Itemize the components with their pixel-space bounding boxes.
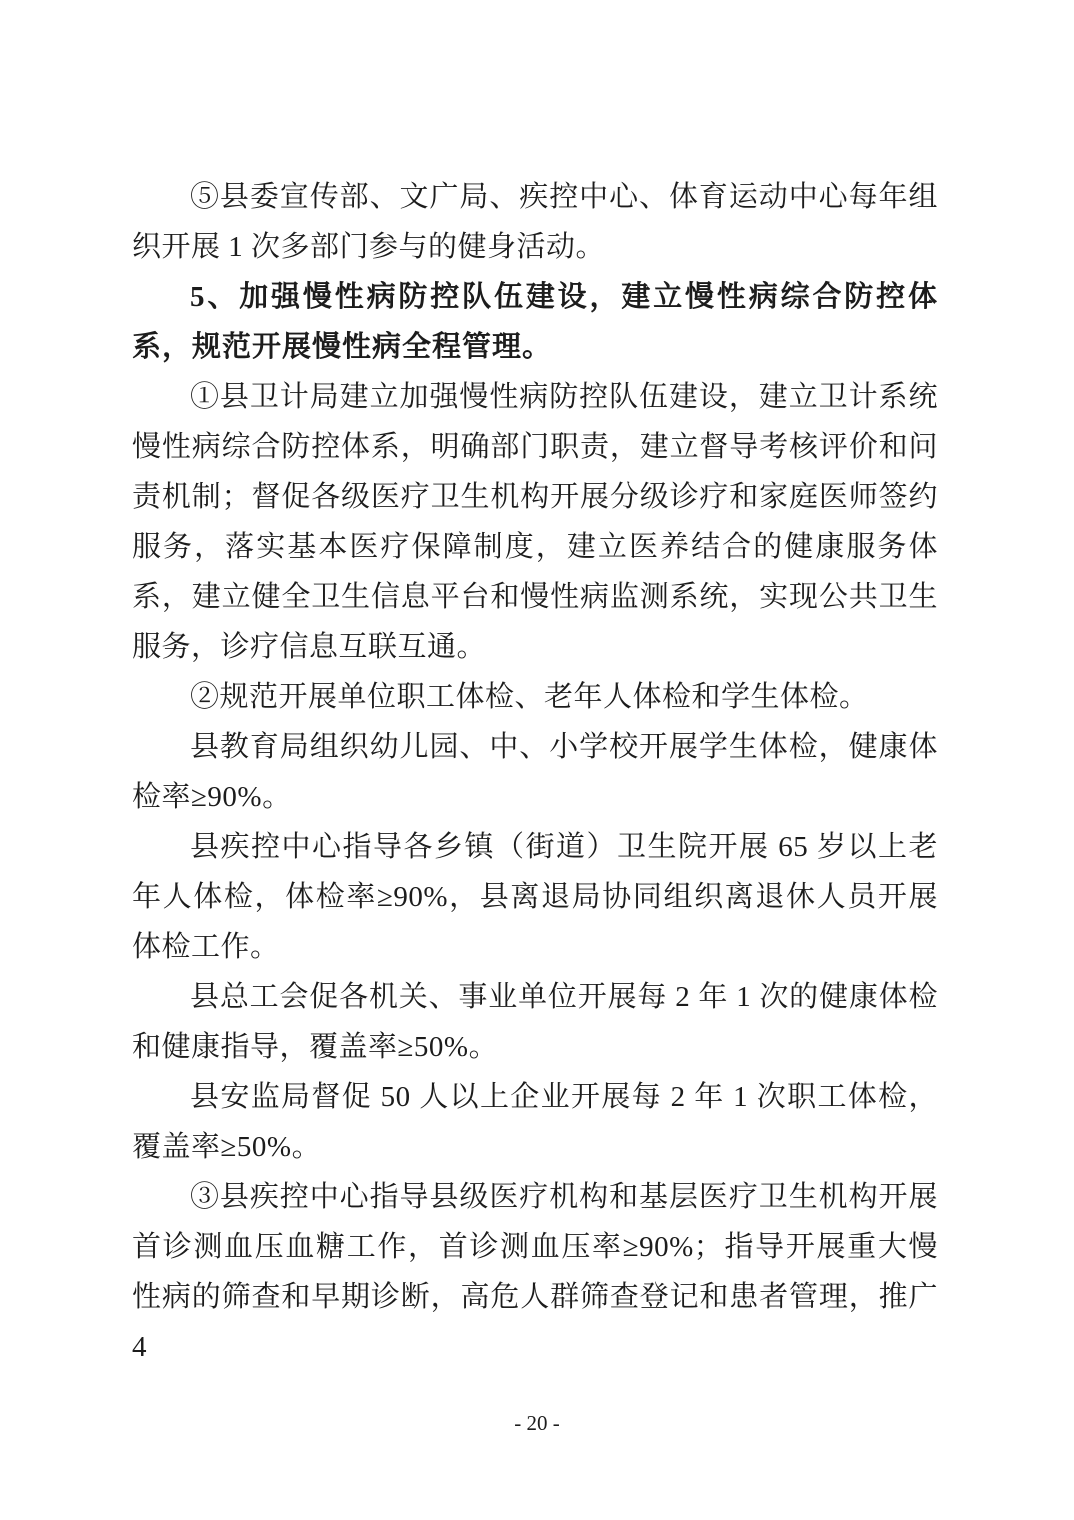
paragraph: ②规范开展单位职工体检、老年人体检和学生体检。: [132, 672, 938, 722]
paragraph: 县教育局组织幼儿园、中、小学校开展学生体检，健康体检率≥90%。: [132, 722, 938, 822]
document-body: ⑤县委宣传部、文广局、疾控中心、体育运动中心每年组织开展 1 次多部门参与的健身…: [132, 172, 938, 1372]
paragraph: ③县疾控中心指导县级医疗机构和基层医疗卫生机构开展首诊测血压血糖工作，首诊测血压…: [132, 1172, 938, 1372]
page-number: - 20 -: [0, 1406, 1074, 1440]
paragraph: 县总工会促各机关、事业单位开展每 2 年 1 次的健康体检和健康指导，覆盖率≥5…: [132, 972, 938, 1072]
paragraph: 县安监局督促 50 人以上企业开展每 2 年 1 次职工体检，覆盖率≥50%。: [132, 1072, 938, 1172]
document-page: ⑤县委宣传部、文广局、疾控中心、体育运动中心每年组织开展 1 次多部门参与的健身…: [0, 0, 1074, 1520]
section-heading: 5、加强慢性病防控队伍建设，建立慢性病综合防控体系，规范开展慢性病全程管理。: [132, 272, 938, 372]
paragraph: ⑤县委宣传部、文广局、疾控中心、体育运动中心每年组织开展 1 次多部门参与的健身…: [132, 172, 938, 272]
paragraph: 县疾控中心指导各乡镇（街道）卫生院开展 65 岁以上老年人体检，体检率≥90%，…: [132, 822, 938, 972]
paragraph: ①县卫计局建立加强慢性病防控队伍建设，建立卫计系统慢性病综合防控体系，明确部门职…: [132, 372, 938, 672]
